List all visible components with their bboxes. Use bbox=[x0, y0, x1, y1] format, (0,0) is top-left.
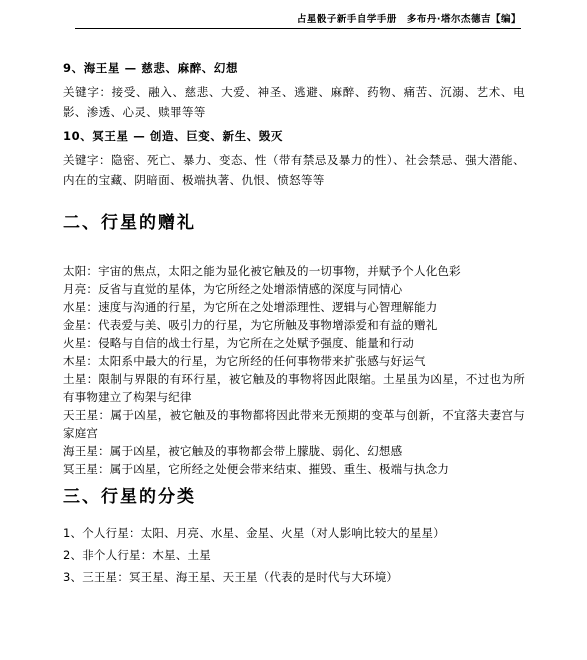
section-classification-heading: 三、行星的分类 bbox=[63, 484, 525, 510]
planet-gift-line: 火星：侵略与自信的战士行星，为它所在之处赋予强度、能量和行动 bbox=[63, 334, 525, 352]
planet-gift-line: 天王星：属于凶星，被它触及的事物都将因此带来无预期的变革与创新，不宜落夫妻宫与家… bbox=[63, 406, 525, 442]
planet-gift-line: 太阳：宇宙的焦点，太阳之能为显化被它触及的一切事物，并赋予个人化色彩 bbox=[63, 262, 525, 280]
section-9-neptune-keywords: 关键字：接受、融入、慈悲、大爱、神圣、逃避、麻醉、药物、痛苦、沉溺、艺术、电影、… bbox=[63, 82, 525, 122]
planet-classification-line: 2、非个人行星：木星、土星 bbox=[63, 544, 525, 566]
planet-classification-line: 3、三王星：冥王星、海王星、天王星（代表的是时代与大环境） bbox=[63, 566, 525, 588]
planet-classification-list: 1、个人行星：太阳、月亮、水星、金星、火星（对人影响比较大的星星） 2、非个人行… bbox=[63, 522, 525, 588]
section-gifts-heading: 二、行星的赠礼 bbox=[63, 210, 525, 236]
planet-gift-line: 土星：限制与界限的有环行星，被它触及的事物将因此限缩。土星虽为凶星，不过也为所有… bbox=[63, 370, 525, 406]
planet-gifts-list: 太阳：宇宙的焦点，太阳之能为显化被它触及的一切事物，并赋予个人化色彩 月亮：反省… bbox=[63, 262, 525, 478]
section-9-neptune-heading: 9、海王星 — 慈悲、麻醉、幻想 bbox=[63, 60, 525, 76]
document-page: 占星骰子新手自学手册 多布丹·塔尔杰德吉【编】 9、海王星 — 慈悲、麻醉、幻想… bbox=[0, 0, 587, 660]
planet-gift-line: 冥王星：属于凶星，它所经之处便会带来结束、摧毁、重生、极端与执念力 bbox=[63, 460, 525, 478]
planet-gift-line: 月亮：反省与直觉的星体，为它所经之处增添情感的深度与同情心 bbox=[63, 280, 525, 298]
section-10-pluto-heading: 10、冥王星 — 创造、巨变、新生、毁灭 bbox=[63, 128, 525, 144]
planet-gift-line: 木星：太阳系中最大的行星，为它所经的任何事物带来扩张感与好运气 bbox=[63, 352, 525, 370]
page-header: 占星骰子新手自学手册 多布丹·塔尔杰德吉【编】 bbox=[75, 11, 521, 29]
planet-gift-line: 金星：代表爱与美、吸引力的行星，为它所触及事物增添爱和有益的赠礼 bbox=[63, 316, 525, 334]
planet-gift-line: 海王星：属于凶星，被它触及的事物都会带上朦胧、弱化、幻想感 bbox=[63, 442, 525, 460]
planet-classification-line: 1、个人行星：太阳、月亮、水星、金星、火星（对人影响比较大的星星） bbox=[63, 522, 525, 544]
header-title: 占星骰子新手自学手册 多布丹·塔尔杰德吉【编】 bbox=[297, 14, 521, 25]
planet-gift-line: 水星：速度与沟通的行星，为它所在之处增添理性、逻辑与心智理解能力 bbox=[63, 298, 525, 316]
document-content: 9、海王星 — 慈悲、麻醉、幻想 关键字：接受、融入、慈悲、大爱、神圣、逃避、麻… bbox=[63, 60, 525, 588]
section-10-pluto-keywords: 关键字：隐密、死亡、暴力、变态、性（带有禁忌及暴力的性）、社会禁忌、强大潜能、内… bbox=[63, 150, 525, 190]
